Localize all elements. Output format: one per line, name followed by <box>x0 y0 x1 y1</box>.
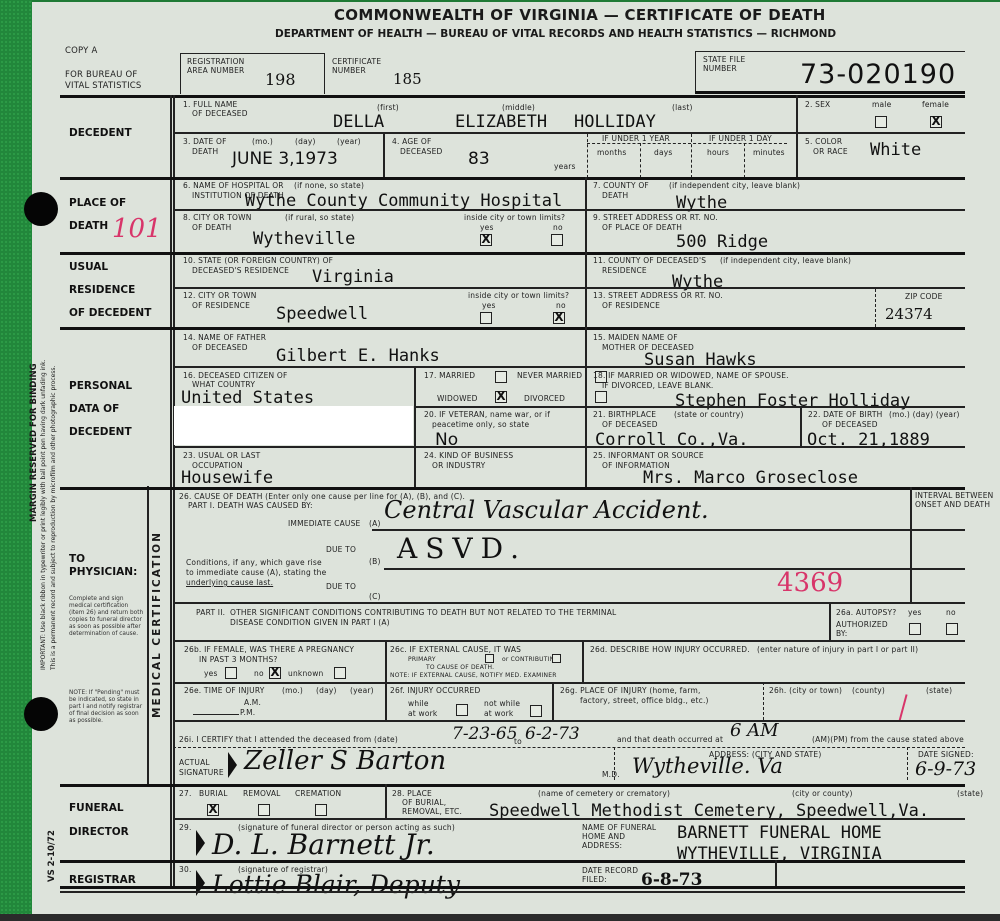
f1-middle-label: (middle) <box>502 103 535 112</box>
red-pen-mark <box>898 694 907 722</box>
autopsy-auth1: AUTHORIZED <box>836 620 888 629</box>
f1-last-label: (last) <box>672 103 693 112</box>
f26g-label2: factory, street, office bldg., etc.) <box>580 696 709 705</box>
physician-address: Wytheville. Va <box>632 754 783 778</box>
home-label2: HOME AND <box>582 832 625 841</box>
cause-b-value: ASVD. <box>397 532 527 565</box>
under-year-label: IF UNDER 1 YEAR <box>602 134 670 143</box>
divider <box>60 886 965 889</box>
f26e-label: 26e. TIME OF INJURY <box>184 686 265 695</box>
zip-label: ZIP CODE <box>905 292 943 301</box>
divider <box>907 747 908 780</box>
divider <box>372 529 965 531</box>
divider <box>173 720 965 722</box>
cert-number-label1: CERTIFICATE <box>332 57 381 66</box>
section-decedent-personal: DECEDENT <box>69 426 132 438</box>
attended-to-value: 6-2-73 <box>525 724 580 744</box>
section-of-decedent: OF DECEDENT <box>69 307 151 319</box>
divider <box>910 487 912 602</box>
f17-divorced: DIVORCED <box>524 394 565 403</box>
f1-label1: 1. FULL NAME <box>183 100 237 109</box>
f8-label1: 8. CITY OR TOWN <box>183 213 252 222</box>
part2-label: PART II. <box>196 608 225 617</box>
f9-label2: OF PLACE OF DEATH <box>602 223 682 232</box>
f26f-label: 26f. INJURY OCCURRED <box>390 686 480 695</box>
f26b-label2: IN PAST 3 MONTHS? <box>199 655 278 664</box>
divider <box>173 287 965 289</box>
f26i-to: to <box>514 737 522 746</box>
f7-label2: DEATH <box>602 191 628 200</box>
section-decedent: DECEDENT <box>69 127 132 139</box>
cremation-checkbox[interactable] <box>315 804 327 816</box>
city-of-residence-value: Speedwell <box>276 305 368 323</box>
divider <box>614 747 615 780</box>
f12-limits: inside city or town limits? <box>468 291 569 300</box>
burial-label: BURIAL <box>199 789 228 798</box>
attended-from-value: 7-23-65 <box>452 724 518 744</box>
f26i-label: 26i. I CERTIFY that I attended the decea… <box>179 735 398 744</box>
burial-checkbox[interactable]: X <box>207 804 219 816</box>
divider <box>60 95 965 98</box>
removal-checkbox[interactable] <box>258 804 270 816</box>
vital-stats-label: VITAL STATISTICS <box>65 81 142 91</box>
divider <box>775 860 777 887</box>
f2-female-label: female <box>922 100 949 109</box>
f20-label2: peacetime only, so state <box>432 420 529 429</box>
f21-label2: OF DECEASED <box>602 420 658 429</box>
copy-label: COPY A <box>65 46 97 56</box>
f17-never: NEVER MARRIED <box>517 371 582 380</box>
divider <box>414 366 416 487</box>
divider <box>691 134 692 178</box>
autopsy-yes: yes <box>908 608 922 617</box>
section-funeral: FUNERAL <box>69 802 124 814</box>
divider <box>60 177 965 180</box>
f26d-label: 26d. DESCRIBE HOW INJURY OCCURRED. <box>590 645 750 654</box>
f14-label1: 14. NAME OF FATHER <box>183 333 266 342</box>
hospital-value: Wythe County Community Hospital <box>245 192 562 210</box>
divider <box>173 366 965 368</box>
f8-hint: (if rural, so state) <box>285 213 354 222</box>
divider <box>552 682 554 720</box>
f13-label1: 13. STREET ADDRESS OR RT. NO. <box>593 291 723 300</box>
due-to-label-2: DUE TO <box>326 582 356 591</box>
physician-signature: Zeller S Barton <box>244 746 446 776</box>
divider <box>585 177 587 252</box>
f18-label1: 18. IF MARRIED OR WIDOWED, NAME OF SPOUS… <box>593 371 789 380</box>
f20-label1: 20. IF VETERAN, name war, or if <box>424 410 550 419</box>
f18-label2: IF DIVORCED, LEAVE BLANK. <box>602 381 714 390</box>
f12-yes: yes <box>482 301 496 310</box>
part2-text2: DISEASE CONDITION GIVEN IN PART I (A) <box>230 618 390 627</box>
death-certificate: COMMONWEALTH OF VIRGINIA — CERTIFICATE O… <box>32 2 1000 914</box>
removal-label: REMOVAL <box>243 789 281 798</box>
conditions-3: underlying cause last. <box>186 578 273 587</box>
f12-label2: OF RESIDENCE <box>192 301 250 310</box>
f26h-label: 26h. (city or town) <box>769 686 842 695</box>
f11-label1: 11. COUNTY OF DECEASED'S <box>593 256 706 265</box>
autopsy-label: 26a. AUTOPSY? <box>836 608 896 617</box>
f2-label: 2. SEX <box>805 100 830 109</box>
informant-value: Mrs. Marco Groseclose <box>643 469 858 487</box>
f28-label2: OF BURIAL, <box>402 798 446 807</box>
f4-label2: DECEASED <box>400 147 443 156</box>
f3-day: (day) <box>295 137 316 146</box>
f22-label2: OF DECEASED <box>822 420 878 429</box>
external-contributing-checkbox[interactable] <box>552 654 561 663</box>
cremation-label: CREMATION <box>295 789 341 798</box>
under-day-label: IF UNDER 1 DAY <box>709 134 772 143</box>
f17-married: 17. MARRIED <box>424 371 475 380</box>
divider <box>60 784 965 787</box>
f26e-mo: (mo.) <box>282 686 303 695</box>
binding-hole-top <box>24 192 58 226</box>
citizen-country-value: United States <box>181 389 314 407</box>
f24-label1: 24. KIND OF BUSINESS <box>424 451 513 460</box>
divider <box>875 289 876 327</box>
autopsy-yes-checkbox[interactable] <box>909 623 921 635</box>
f7-label1: 7. COUNTY OF <box>593 181 649 190</box>
reg-area-label2: AREA NUMBER <box>187 66 244 75</box>
f24-label2: OR INDUSTRY <box>432 461 485 470</box>
cause-a-value: Central Vascular Accident. <box>384 496 709 524</box>
section-usual: USUAL <box>69 261 108 273</box>
f2-male-label: male <box>872 100 891 109</box>
days-label: days <box>654 148 673 157</box>
f26e-day: (day) <box>316 686 337 695</box>
f21-label1: 21. BIRTHPLACE <box>593 410 656 419</box>
section-data-of: DATA OF <box>69 403 119 415</box>
f28-label3: REMOVAL, ETC. <box>402 807 462 816</box>
filed-label2: FILED: <box>582 875 607 884</box>
divider <box>60 252 965 255</box>
f8-no: no <box>553 223 563 232</box>
f28-state-hint: (state) <box>957 789 983 798</box>
interval-label1: INTERVAL BETWEEN <box>915 491 993 500</box>
injury-not-at-work-checkbox[interactable] <box>530 705 542 717</box>
occupation-value: Housewife <box>181 469 273 487</box>
autopsy-auth2: BY: <box>836 629 847 638</box>
sex-male-checkbox[interactable] <box>875 116 887 128</box>
conditions-2: to immediate cause (A), stating the <box>186 568 326 577</box>
f26h-county: (county) <box>852 686 885 695</box>
divider <box>383 132 385 180</box>
cert-number-label2: NUMBER <box>332 66 366 75</box>
f4-years: years <box>554 162 576 171</box>
state-file-label2: NUMBER <box>703 64 737 73</box>
divider <box>744 143 745 178</box>
f6-label1: 6. NAME OF HOSPITAL OR <box>183 181 284 190</box>
section-to: TO <box>69 553 85 565</box>
f26e-year: (year) <box>350 686 374 695</box>
reg-area-value: 198 <box>265 71 296 89</box>
f10-label1: 10. STATE (OR FOREIGN COUNTRY) OF <box>183 256 333 265</box>
f26c-label: 26c. IF EXTERNAL CAUSE, IT WAS <box>390 645 521 654</box>
bottom-edge <box>0 914 1000 921</box>
death-in-limits-yes-checkbox[interactable]: X <box>480 234 492 246</box>
f13-label2: OF RESIDENCE <box>602 301 660 310</box>
f9-label1: 9. STREET ADDRESS OR RT. NO. <box>593 213 718 222</box>
divider <box>763 682 764 720</box>
external-primary-checkbox[interactable] <box>485 654 494 663</box>
state-of-residence-value: Virginia <box>312 268 394 286</box>
f29-label: 29. <box>179 823 192 832</box>
cause-b-letter: (B) <box>369 557 381 566</box>
certificate-subtitle: DEPARTMENT OF HEALTH — BUREAU OF VITAL R… <box>275 28 836 40</box>
divider <box>414 406 965 408</box>
section-death: DEATH <box>69 220 108 232</box>
cause-c-letter: (C) <box>369 592 381 601</box>
f28-name-hint: (name of cemetery or crematory) <box>538 789 670 798</box>
divider <box>800 406 802 446</box>
cert-number-value: 185 <box>393 70 422 88</box>
last-name-value: HOLLIDAY <box>574 113 656 131</box>
f23-label1: 23. USUAL OR LAST <box>183 451 260 460</box>
f5-label2: OR RACE <box>813 147 848 156</box>
death-in-limits-no-checkbox[interactable] <box>551 234 563 246</box>
while-label2: at work <box>408 709 437 718</box>
f3-year: (year) <box>337 137 361 146</box>
actual-label: ACTUAL <box>179 758 210 767</box>
f26c-contributing: or CONTRIBUTING <box>502 656 559 663</box>
funeral-director-signature: D. L. Barnett Jr. <box>212 828 435 861</box>
street-of-death-value: 500 Ridge <box>676 233 768 251</box>
f26d-hint: (enter nature of injury in part I or par… <box>757 645 918 654</box>
f26c-primary: PRIMARY <box>408 656 436 663</box>
cause-a-letter: (A) <box>369 519 381 528</box>
race-value: White <box>870 141 921 159</box>
interval-label2: ONSET AND DEATH <box>915 500 990 509</box>
section-director: DIRECTOR <box>69 826 129 838</box>
f27-label: 27. <box>179 789 192 798</box>
f28-label1: 28. PLACE <box>392 789 432 798</box>
divider <box>60 327 965 330</box>
f7-hint: (if independent city, leave blank) <box>669 181 800 190</box>
widowed-checkbox[interactable]: X <box>495 391 507 403</box>
divider <box>384 568 965 570</box>
f16-label1: 16. DECEASED CITIZEN OF <box>183 371 288 380</box>
f10-label2: DECEASED'S RESIDENCE <box>192 266 289 275</box>
signature-label: SIGNATURE <box>179 768 224 777</box>
due-to-label-1: DUE TO <box>326 545 356 554</box>
f3-mo: (mo.) <box>252 137 273 146</box>
md-label: M.D. <box>602 770 620 779</box>
divorced-checkbox[interactable] <box>595 391 607 403</box>
filed-label1: DATE RECORD <box>582 866 638 875</box>
divider <box>60 860 965 863</box>
autopsy-no: no <box>946 608 956 617</box>
signature-arrow-icon <box>228 752 237 778</box>
f8-limits: inside city or town limits? <box>464 213 565 222</box>
f6-hint: (if none, so state) <box>294 181 364 190</box>
binding-margin-green <box>0 0 32 921</box>
f8-yes: yes <box>480 223 494 232</box>
residence-in-limits-no-checkbox[interactable]: X <box>553 312 565 324</box>
sex-female-checkbox[interactable]: X <box>930 116 942 128</box>
pending-note: NOTE: If "Pending" must be indicated, so… <box>69 690 145 725</box>
section-registrar: REGISTRAR <box>69 874 136 886</box>
f11-label2: RESIDENCE <box>602 266 647 275</box>
f11-hint: (if independent city, leave blank) <box>720 256 851 265</box>
residence-in-limits-yes-checkbox[interactable] <box>480 312 492 324</box>
father-name-value: Gilbert E. Hanks <box>276 347 440 365</box>
hours-label: hours <box>707 148 729 157</box>
divider <box>385 640 387 720</box>
f22-label1: 22. DATE OF BIRTH <box>808 410 882 419</box>
divider <box>193 714 239 715</box>
pregnancy-no: no <box>254 669 264 678</box>
f26g-label1: 26g. PLACE OF INJURY (home, farm, <box>560 686 701 695</box>
death-at-value: 6 AM <box>730 720 779 741</box>
divider <box>385 784 387 818</box>
margin-important-1: IMPORTANT: Use black ribbon in typewrite… <box>40 360 47 670</box>
divider <box>173 682 965 684</box>
section-physician: PHYSICIAN: <box>69 566 137 578</box>
state-file-value: 73-020190 <box>800 61 956 89</box>
f26-label2: PART I. DEATH WAS CAUSED BY: <box>188 501 313 510</box>
f17-widowed: WIDOWED <box>437 394 478 403</box>
margin-reserved-label: MARGIN RESERVED FOR BINDING <box>29 363 39 522</box>
zip-value: 24374 <box>885 305 933 323</box>
f14-label2: OF DECEASED <box>192 343 248 352</box>
first-name-value: DELLA <box>333 113 384 131</box>
divider <box>173 95 175 887</box>
divider <box>640 143 641 178</box>
part2-text1: OTHER SIGNIFICANT CONDITIONS CONTRIBUTIN… <box>230 608 616 617</box>
reg-area-label1: REGISTRATION <box>187 57 244 66</box>
f28-city-hint: (city or county) <box>792 789 853 798</box>
f26c-note: NOTE: IF EXTERNAL CAUSE, NOTIFY MED. EXA… <box>390 672 557 679</box>
pregnancy-no-checkbox[interactable]: X <box>269 667 281 679</box>
signature-arrow-icon <box>196 830 205 856</box>
divider <box>170 95 172 887</box>
f12-label1: 12. CITY OR TOWN <box>183 291 257 300</box>
notwhile-label2: at work <box>484 709 513 718</box>
f1-first-label: (first) <box>377 103 399 112</box>
f1-label2: OF DECEASED <box>192 109 248 118</box>
section-personal: PERSONAL <box>69 380 132 392</box>
pregnancy-yes-checkbox[interactable] <box>225 667 237 679</box>
middle-name-value: ELIZABETH <box>455 113 547 131</box>
autopsy-no-checkbox[interactable] <box>946 623 958 635</box>
divider <box>582 640 584 682</box>
pregnancy-yes: yes <box>204 669 218 678</box>
physician-note: Complete and sign medical certification … <box>69 596 145 638</box>
medical-certification-label: MEDICAL CERTIFICATION <box>151 531 163 718</box>
divider <box>173 446 965 448</box>
margin-important-2: This is a permanent record and subject t… <box>50 366 57 670</box>
minutes-label: minutes <box>753 148 785 157</box>
f22-hint: (mo.) (day) (year) <box>889 410 960 419</box>
f25-label1: 25. INFORMANT OR SOURCE <box>593 451 704 460</box>
immediate-cause-label: IMMEDIATE CAUSE <box>288 519 361 528</box>
section-residence: RESIDENCE <box>69 284 135 296</box>
form-number: VS 2-10/72 <box>47 830 57 882</box>
f3-label2: DEATH <box>192 147 218 156</box>
f21-hint: (state or country) <box>674 410 744 419</box>
funeral-home-name: BARNETT FUNERAL HOME <box>677 824 882 842</box>
f12-no: no <box>556 301 566 310</box>
age-value: 83 <box>468 150 490 168</box>
divider <box>173 132 965 134</box>
notwhile-label1: not while <box>484 699 520 708</box>
divider <box>695 91 965 94</box>
f3-label1: 3. DATE OF <box>183 137 227 146</box>
f30-label: 30. <box>179 865 192 874</box>
conditions-1: Conditions, if any, which gave rise <box>186 558 322 567</box>
redacted-area <box>174 406 413 445</box>
date-signed-value: 6-9-73 <box>915 758 976 780</box>
state-file-label1: STATE FILE <box>703 55 745 64</box>
divider <box>173 602 965 604</box>
f26e-am: A.M. <box>244 698 261 707</box>
divider <box>173 818 965 820</box>
pregnancy-unknown: unknown <box>288 669 323 678</box>
divider <box>173 640 965 642</box>
cause-code: 4369 <box>777 568 843 598</box>
pregnancy-unknown-checkbox[interactable] <box>334 667 346 679</box>
ampm-text: (AM)(PM) from the cause stated above <box>812 735 964 744</box>
death-at-label: and that death occurred at <box>617 735 723 744</box>
months-label: months <box>597 148 626 157</box>
f4-label1: 4. AGE OF <box>392 137 432 146</box>
divider <box>60 891 965 893</box>
injury-while-at-work-checkbox[interactable] <box>456 704 468 716</box>
while-label1: while <box>408 699 429 708</box>
divider <box>585 252 587 327</box>
married-checkbox[interactable] <box>495 371 507 383</box>
f8-label2: OF DEATH <box>192 223 232 232</box>
binding-hole-bottom <box>24 697 58 731</box>
divider <box>587 134 588 178</box>
divider <box>796 95 798 180</box>
f26b-label1: 26b. IF FEMALE, WAS THERE A PREGNANCY <box>184 645 354 654</box>
divider <box>60 487 965 490</box>
for-bureau-label: FOR BUREAU OF <box>65 70 137 80</box>
divider <box>147 486 149 786</box>
home-label1: NAME OF FUNERAL <box>582 823 656 832</box>
f5-label1: 5. COLOR <box>805 137 842 146</box>
death-code: 101 <box>112 214 162 244</box>
f15-label1: 15. MAIDEN NAME OF <box>593 333 678 342</box>
f26c-to-cause: TO CAUSE OF DEATH. <box>426 664 494 671</box>
registrar-signature: Lottie Blair, Deputy <box>212 870 460 899</box>
divider <box>173 209 965 211</box>
city-of-death-value: Wytheville <box>253 230 355 248</box>
home-label3: ADDRESS: <box>582 841 622 850</box>
date-of-death-value: JUNE 3,1973 <box>232 150 338 168</box>
f26e-pm: P.M. <box>240 708 255 717</box>
f26h-state: (state) <box>926 686 952 695</box>
certificate-title: COMMONWEALTH OF VIRGINIA — CERTIFICATE O… <box>334 6 826 24</box>
section-place-of: PLACE OF <box>69 197 126 209</box>
divider <box>587 143 787 144</box>
divider <box>829 602 831 640</box>
